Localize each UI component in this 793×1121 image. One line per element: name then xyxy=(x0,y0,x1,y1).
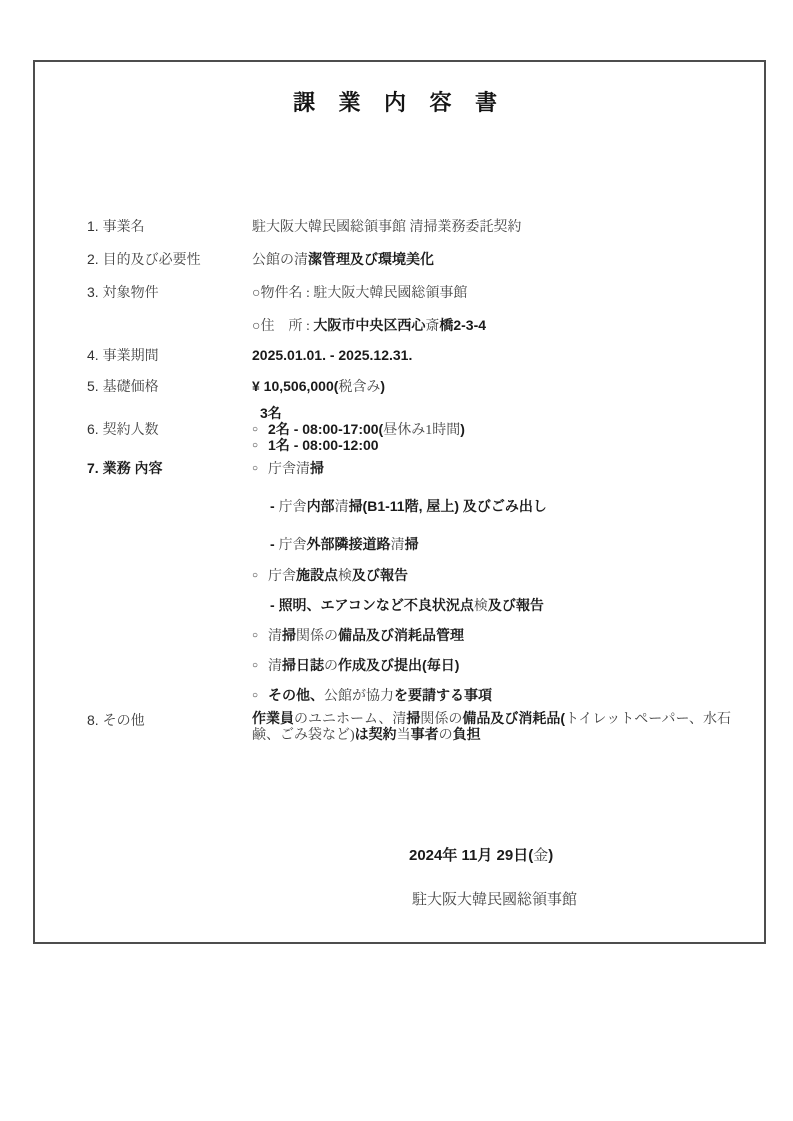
text-run: 及び報告 xyxy=(488,597,544,613)
row5-value: ¥ 10,506,000(税含み) xyxy=(252,378,385,396)
text-run: ○住 所 : xyxy=(252,319,313,334)
text-run: 負担 xyxy=(453,726,481,742)
row4-value: 2025.01.01. - 2025.12.31. xyxy=(252,347,412,364)
text-run: 当 xyxy=(397,728,411,743)
text-run: 駐大阪大韓民國総領事館 清掃業務委託契約 xyxy=(252,220,522,235)
text-run: 掃 xyxy=(282,627,296,643)
text-run: のユニホーム、清 xyxy=(294,712,406,727)
text-run: 目的及び必要性 xyxy=(103,253,201,268)
text-run: 清 xyxy=(268,659,282,674)
text-run: ○物件名 : 駐大阪大韓民國総領事館 xyxy=(252,286,467,301)
row3-label: 3. 対象物件 xyxy=(87,284,159,302)
text-run: 照明、エアコンなど不良状況点 xyxy=(279,597,474,613)
text-run: 橋2-3-4 xyxy=(439,317,486,333)
row7-subitem: - 照明、エアコンなど不良状況点検及び報告 xyxy=(270,597,544,615)
text-run: 掃(B1-11階, 屋上) 及びごみ出し xyxy=(349,498,547,514)
text-run: 内部 xyxy=(307,498,335,514)
text-run: 3. xyxy=(87,284,103,300)
bullet-circle-icon: ○ xyxy=(252,657,258,674)
bullet-circle-icon: ○ xyxy=(252,567,258,584)
text-run: 税含み xyxy=(338,380,380,395)
text-run: 8. xyxy=(87,712,103,728)
text-run: 鹸、ごみ袋など) xyxy=(252,728,355,743)
text-run: 検 xyxy=(474,599,488,614)
row3-address: ○住 所 : 大阪市中央区西心斎橋2-3-4 xyxy=(252,317,486,335)
text-run: 斎 xyxy=(425,319,439,334)
text-run: 基礎価格 xyxy=(103,380,159,395)
text-run: 2024年 11月 29日( xyxy=(409,847,533,864)
text-run: は契約 xyxy=(355,726,397,742)
bullet-circle-icon: ○ xyxy=(252,627,258,644)
row7-subitem: - 庁舎外部隣接道路清掃 xyxy=(270,536,419,554)
document-title: 課 業 内 容 書 xyxy=(35,86,764,117)
row5-label: 5. 基礎価格 xyxy=(87,378,159,396)
text-run: の xyxy=(324,659,338,674)
text-run: 備品及び消耗品( xyxy=(462,710,565,726)
text-run: 公館が協力 xyxy=(324,689,394,704)
text-run: 作業員 xyxy=(252,710,294,726)
row3-property-name: ○物件名 : 駐大阪大韓民國総領事館 xyxy=(252,284,467,302)
row8-label: 8. その他 xyxy=(87,712,145,730)
row7-item: ○清掃関係の備品及び消耗品管理 xyxy=(252,627,464,646)
bullet-circle-icon: ○ xyxy=(252,421,258,438)
row4-label: 4. 事業期間 xyxy=(87,347,159,365)
text-run: 掃日誌 xyxy=(282,657,324,673)
text-run: ) xyxy=(380,378,385,394)
text-run: 関係の xyxy=(296,629,338,644)
text-run: 施設点 xyxy=(296,567,338,583)
text-run: 外部隣接道路 xyxy=(307,536,391,552)
text-run: トイレットペーパー、水石 xyxy=(565,712,731,727)
text-run: - xyxy=(270,536,279,552)
text-run: 清 xyxy=(268,629,282,644)
row2-label: 2. 目的及び必要性 xyxy=(87,251,201,269)
text-run: 3名 xyxy=(260,405,282,421)
text-run: - xyxy=(270,597,279,613)
text-run: 事業名 xyxy=(103,220,145,235)
text-run: 2. xyxy=(87,251,103,267)
text-run: 事者 xyxy=(411,726,439,742)
text-run: 5. xyxy=(87,378,103,394)
text-run: 清 xyxy=(335,500,349,515)
document-page: 課 業 内 容 書 1. 事業名 駐大阪大韓民國総領事館 清掃業務委託契約 2.… xyxy=(33,60,766,944)
row7-item: ○清掃日誌の作成及び提出(毎日) xyxy=(252,657,459,676)
row7-subitem: - 庁舎内部清掃(B1-11階, 屋上) 及びごみ出し xyxy=(270,498,547,516)
text-run: 庁舎 xyxy=(279,500,307,515)
text-run: 関係の xyxy=(420,712,462,727)
text-run: 潔管理及び環境美化 xyxy=(308,251,434,267)
text-run: の xyxy=(439,728,453,743)
bullet-circle-icon: ○ xyxy=(252,460,258,477)
row7-item: ○その他、公館が協力を要請する事項 xyxy=(252,687,492,706)
row1-value: 駐大阪大韓民國総領事館 清掃業務委託契約 xyxy=(252,218,522,236)
text-run: 作成及び提出(毎日) xyxy=(338,657,459,673)
text-run: を要請する事項 xyxy=(394,687,492,703)
text-run: 大阪市中央区西心 xyxy=(313,317,425,333)
text-run: 備品及び消耗品管理 xyxy=(338,627,464,643)
row7-label: 7. 業務 內容 xyxy=(87,460,162,477)
row1-label: 1. 事業名 xyxy=(87,218,145,236)
text-run: 清 xyxy=(391,538,405,553)
document-signature: 駐大阪大韓民國総領事館 xyxy=(412,891,577,909)
text-run: 6. xyxy=(87,421,103,437)
row8-value-line2: 鹸、ごみ袋など)は契約当事者の負担 xyxy=(252,726,481,744)
row7-item: ○庁舎施設点検及び報告 xyxy=(252,567,408,586)
bullet-circle-icon: ○ xyxy=(252,437,258,454)
text-run: 庁舎清 xyxy=(268,462,310,477)
text-run: 対象物件 xyxy=(103,286,159,301)
text-run: 2025.01.01. - 2025.12.31. xyxy=(252,347,412,363)
text-run: - xyxy=(270,498,279,514)
text-run: 公館の清 xyxy=(252,253,308,268)
text-run: 4. xyxy=(87,347,103,363)
text-run: ) xyxy=(548,847,553,864)
text-run: 事業期間 xyxy=(103,349,159,364)
row6-shift2: ○1名 - 08:00-12:00 xyxy=(252,437,379,456)
page: { "document": { "title": "課 業 内 容 書", "c… xyxy=(0,0,793,1121)
text-run: その他、 xyxy=(268,687,324,703)
text-run: 昼休み1時間 xyxy=(383,423,460,438)
text-run: 駐大阪大韓民國総領事館 xyxy=(412,892,577,908)
text-run: 及び報告 xyxy=(352,567,408,583)
text-run: 掃 xyxy=(405,536,419,552)
text-run: 検 xyxy=(338,569,352,584)
text-run: ¥ 10,506,000( xyxy=(252,378,338,394)
text-run: ) xyxy=(460,421,465,437)
row6-label: 6. 契約人数 xyxy=(87,421,159,439)
row6-total: 3名 xyxy=(260,405,282,422)
text-run: 契約人数 xyxy=(103,423,159,438)
text-run: 庁舎 xyxy=(279,538,307,553)
text-run: 金 xyxy=(533,848,548,864)
row2-value: 公館の清潔管理及び環境美化 xyxy=(252,251,434,269)
text-run: 1. xyxy=(87,218,103,234)
document-date: 2024年 11月 29日(金) xyxy=(409,847,553,865)
bullet-circle-icon: ○ xyxy=(252,687,258,704)
text-run: 掃 xyxy=(406,710,420,726)
text-run: 7. 業務 內容 xyxy=(87,460,162,476)
text-run: 庁舎 xyxy=(268,569,296,584)
row7-item: ○庁舎清掃 xyxy=(252,460,324,479)
text-run: 1名 - 08:00-12:00 xyxy=(268,437,379,453)
text-run: 掃 xyxy=(310,460,324,476)
text-run: 2名 - 08:00-17:00( xyxy=(268,421,383,437)
text-run: その他 xyxy=(103,714,145,729)
